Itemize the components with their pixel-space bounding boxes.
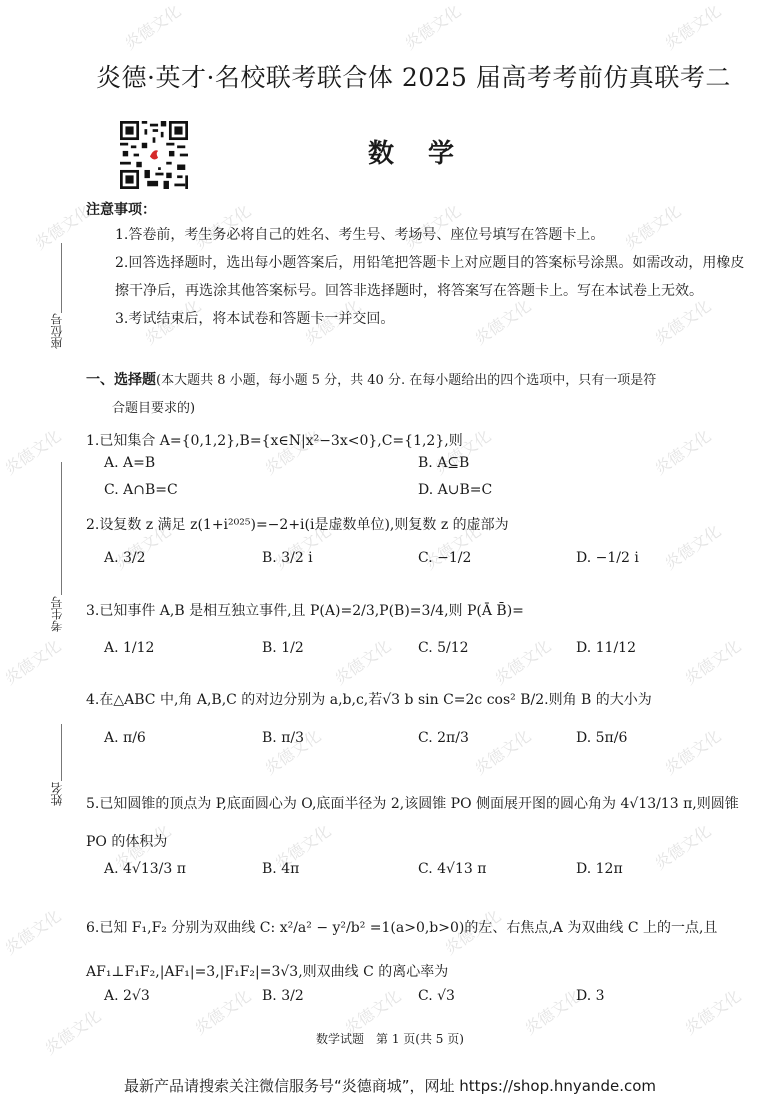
section-title: 一、选择题: [86, 372, 156, 388]
question-4-option-b: B. π/3: [262, 730, 304, 746]
question-1-stem: 1.已知集合 A={0,1,2},B={x∈N|x²−3x<0},C={1,2}…: [86, 427, 746, 455]
notice-list: 1.答卷前，考生务必将自己的姓名、考生号、考场号、座位号填写在答题卡上。 2.回…: [86, 221, 746, 333]
section-header: 一、选择题(本大题共 8 小题，每小题 5 分，共 40 分. 在每小题给出的四…: [86, 369, 656, 389]
question-5-option-c: C. 4√13 π: [418, 861, 486, 877]
watermark-text: 炎德文化: [489, 634, 555, 690]
promo-line: 最新产品请搜索关注微信服务号“炎德商城”，网址 https://shop.hny…: [0, 1075, 780, 1096]
question-3-option-c: C. 5/12: [418, 640, 469, 656]
question-3-option-a: A. 1/12: [104, 640, 154, 656]
section-desc: (本大题共 8 小题，每小题 5 分，共 40 分. 在每小题给出的四个选项中，…: [156, 373, 656, 388]
question-2-stem: 2.设复数 z 满足 z(1+i²⁰²⁵)=−2+i(i是虚数单位),则复数 z…: [86, 511, 746, 539]
question-4-stem: 4.在△ABC 中,角 A,B,C 的对边分别为 a,b,c,若√3 b sin…: [86, 686, 746, 714]
question-4-option-c: C. 2π/3: [418, 730, 469, 746]
question-6-option-b: B. 3/2: [262, 988, 304, 1004]
name-label: 姓名: [48, 782, 65, 806]
question-5-option-d: D. 12π: [576, 861, 623, 877]
question-3-option-d: D. 11/12: [576, 640, 636, 656]
question-6-option-d: D. 3: [576, 988, 605, 1004]
notice-item-text: 2.回答选择题时，选出每小题答案后，用铅笔把答题卡上对应题目的答案标号涂黑。如需…: [115, 255, 744, 299]
watermark-text: 炎德文化: [679, 634, 745, 690]
watermark-text: 炎德文化: [0, 424, 65, 480]
question-2-option-b: B. 3/2 i: [262, 550, 313, 566]
question-2-option-c: C. −1/2: [418, 550, 471, 566]
question-6-stem: 6.已知 F₁,F₂ 分别为双曲线 C: x²/a² − y²/b² =1(a>…: [86, 906, 746, 994]
question-5-option-a: A. 4√13/3 π: [104, 861, 186, 877]
question-1-option-a: A. A=B: [104, 455, 155, 471]
watermark-text: 炎德文化: [469, 724, 535, 780]
question-2-option-d: D. −1/2 i: [576, 550, 639, 566]
question-1-option-b: B. A⊆B: [418, 455, 469, 471]
exam-title: 炎德·英才·名校联考联合体 2025 届高考考前仿真联考二: [96, 58, 731, 94]
question-3-option-b: B. 1/2: [262, 640, 304, 656]
notice-item: 3.考试结束后，将本试卷和答题卡一并交回。: [86, 305, 746, 333]
subject-title: 数学: [368, 133, 488, 170]
question-6-option-a: A. 2√3: [104, 988, 150, 1004]
question-1-option-c: C. A∩B=C: [104, 482, 178, 498]
watermark-text: 炎德文化: [659, 724, 725, 780]
question-2-option-a: A. 3/2: [104, 550, 146, 566]
seat-number-line: [61, 243, 62, 313]
notice-item: 1.答卷前，考生务必将自己的姓名、考生号、考场号、座位号填写在答题卡上。: [86, 221, 746, 249]
name-line: [61, 724, 62, 781]
question-3-stem: 3.已知事件 A,B 是相互独立事件,且 P(A)=2/3,P(B)=3/4,则…: [86, 597, 746, 625]
section-desc-cont: 合题目要求的): [112, 397, 195, 416]
watermark-text: 炎德文化: [0, 904, 65, 960]
watermark-text: 炎德文化: [399, 0, 465, 54]
watermark-text: 炎德文化: [29, 199, 95, 255]
watermark-text: 炎德文化: [329, 634, 395, 690]
question-1-option-d: D. A∪B=C: [418, 482, 492, 498]
watermark-text: 炎德文化: [0, 634, 65, 690]
seat-number-label: 座位号: [48, 313, 65, 349]
watermark-text: 炎德文化: [659, 0, 725, 54]
exam-number-label: 考生号: [48, 596, 65, 632]
notice-item: 2.回答选择题时，选出每小题答案后，用铅笔把答题卡上对应题目的答案标号涂黑。如需…: [86, 249, 746, 305]
question-4-option-a: A. π/6: [104, 730, 146, 746]
qr-code-icon: [120, 121, 188, 189]
page-footer: 数学试题 第 1 页(共 5 页): [0, 1030, 780, 1047]
question-6-option-c: C. √3: [418, 988, 455, 1004]
watermark-text: 炎德文化: [119, 0, 185, 54]
notice-heading: 注意事项：: [86, 199, 156, 219]
question-5-option-b: B. 4π: [262, 861, 299, 877]
exam-number-line: [61, 462, 62, 595]
question-4-option-d: D. 5π/6: [576, 730, 627, 746]
question-5-stem: 5.已知圆锥的顶点为 P,底面圆心为 O,底面半径为 2,该圆锥 PO 侧面展开…: [86, 785, 746, 861]
